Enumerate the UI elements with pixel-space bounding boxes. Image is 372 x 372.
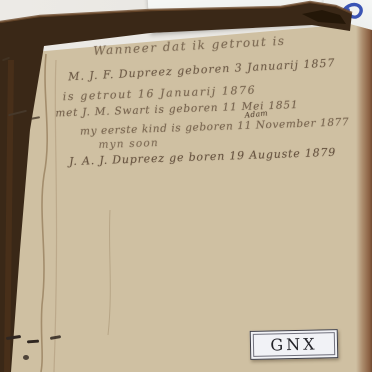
archive-label: GNX (250, 329, 339, 360)
handwriting-line-1: Wanneer dat ik getrout is (93, 34, 286, 58)
archive-label-frame: GNX (253, 332, 335, 357)
archive-label-text: GNX (270, 335, 318, 355)
stitch-hole (23, 355, 29, 360)
handwriting-line-5: my eerste kind is geboren 11 November 18… (80, 116, 350, 137)
photo-of-old-book: Wanneer dat ik getrout is M. J. F. Dupre… (0, 0, 372, 372)
handwriting-line-2: M. J. F. Dupreez geboren 3 Januarij 1857 (68, 56, 336, 83)
handwriting-inserted-name: Adam (244, 108, 268, 119)
handwriting-block: Wanneer dat ik getrout is M. J. F. Dupre… (0, 0, 372, 372)
handwriting-line-3: is getrout 16 Januarij 1876 (63, 83, 257, 103)
handwriting-line-6: myn soon (98, 137, 159, 151)
